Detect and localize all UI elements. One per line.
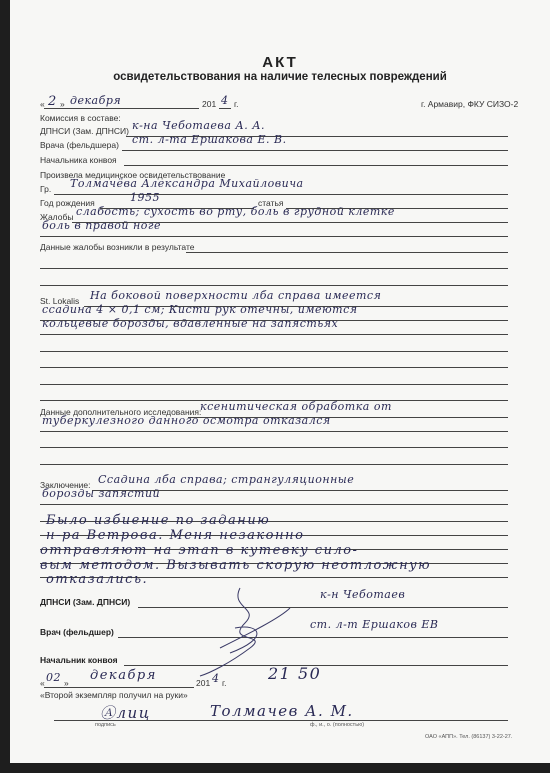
convoy-label: Начальника конвоя <box>40 155 117 165</box>
statement-line2: н-ра Ветрова. Меня незаконно <box>46 528 304 543</box>
year-suffix: 4 <box>221 94 229 107</box>
signature-caption: подпись <box>95 722 116 728</box>
receipt-statement: «Второй экземпляр получил на руки» <box>40 690 188 700</box>
date-month: декабря <box>70 94 121 107</box>
date-day: 2 <box>48 94 58 109</box>
receipt-name-value: Толмачев А. М. <box>210 702 354 720</box>
sig-dpnsi-label: ДПНСИ (Зам. ДПНСИ) <box>40 597 130 607</box>
document-subtitle: освидетельствования на наличие телесных … <box>10 71 550 83</box>
additional-line2: туберкулезного данного осмотра отказался <box>42 414 331 427</box>
statement-line5: отказались. <box>46 572 148 587</box>
commission-label: Комиссия в составе: <box>40 113 121 123</box>
year-unit: г. <box>234 99 238 109</box>
receipt-year-prefix: 201 <box>196 678 210 688</box>
sig-doctor-value: ст. л-т Ершаков ЕВ <box>310 618 439 631</box>
st-lokalis-line1: На боковой поверхности лба справа имеетс… <box>90 289 381 302</box>
dpnsi-value: к-на Чеботаева А. А. <box>132 119 265 132</box>
citizen-label: Гр. <box>40 184 51 194</box>
st-lokalis-line3: кольцевые борозды, вдавленные на запясть… <box>42 317 338 330</box>
name-caption: ф., и., о. (полностью) <box>310 722 364 728</box>
sig-convoy-label: Начальник конвоя <box>40 655 118 665</box>
additional-line1: ксенитическая обработка от <box>200 400 392 413</box>
receipt-year-unit: г. <box>222 678 226 688</box>
document-page: АКТ освидетельствования на наличие телес… <box>10 0 550 763</box>
document-title: АКТ <box>10 54 550 71</box>
cause-label: Данные жалобы возникли в результате <box>40 242 194 252</box>
st-lokalis-line2: ссадина 4 × 0,1 см; Кисти рук отечны, им… <box>42 303 358 316</box>
doctor-value: ст. л-та Ершакова Е. В. <box>132 133 287 146</box>
conclusion-line1: Ссадина лба справа; странгуляционные <box>98 473 354 486</box>
conclusion-line2: борозды запястий <box>42 487 160 500</box>
receipt-date-day: 02 <box>46 671 61 684</box>
year-prefix: 201 <box>202 99 216 109</box>
citizen-value: Толмачёва Александра Михайловича <box>70 177 304 190</box>
statement-line1: Было избиение по заданию <box>46 513 270 528</box>
location: г. Армавир, ФКУ СИЗО-2 <box>421 99 518 109</box>
dpnsi-label: ДПНСИ (Зам. ДПНСИ) <box>40 126 129 136</box>
receipt-date-month: декабря <box>90 668 157 683</box>
birth-value: 1955 <box>130 191 160 204</box>
doctor-label: Врача (фельдшера) <box>40 140 119 150</box>
signature-scribble <box>190 578 300 678</box>
complaints-line2: боль в правой ноге <box>42 219 161 232</box>
receipt-year-suffix: 4 <box>212 672 220 685</box>
complaints-line1: слабость; сухость во рту, боль в грудной… <box>76 205 395 218</box>
receipt-time: 21 50 <box>268 664 321 683</box>
statement-line3: отправляют на этап в кутевку сило- <box>40 543 358 558</box>
sig-dpnsi-value: к-н Чеботаев <box>320 588 405 601</box>
sig-doctor-label: Врач (фельдшер) <box>40 627 114 637</box>
statement-line4: вым методом. Вызывать скорую неотложную <box>40 558 431 573</box>
printer-info: ОАО «АПП». Тел. (86137) 3-22-27. <box>425 734 512 740</box>
